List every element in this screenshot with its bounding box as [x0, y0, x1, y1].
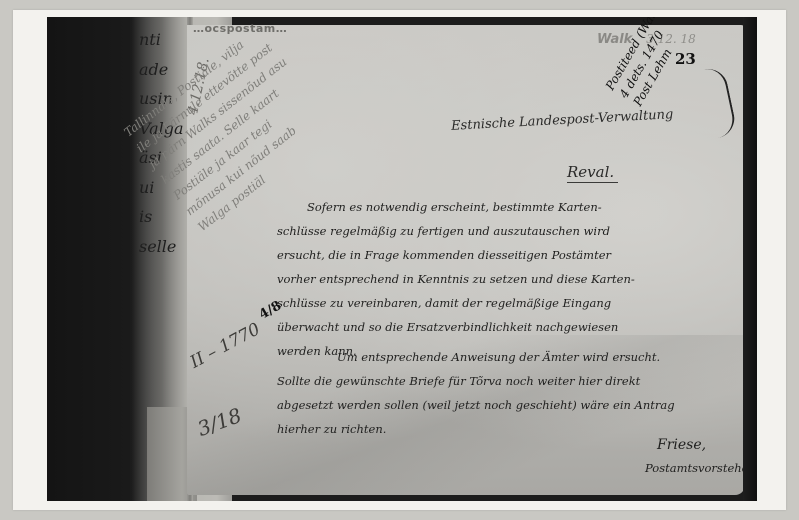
recipient-city: Reval.: [567, 163, 618, 183]
letter-body: Sofern es notwendig erscheint, bestimmte…: [277, 195, 737, 363]
body-line: Sollte die gewünschte Briefe für Tõrva n…: [277, 369, 747, 393]
signature: Friese,: [657, 437, 706, 453]
recipient-line: Estnische Landespost-Verwaltung: [451, 107, 674, 134]
body-line: ersucht, die in Frage kommenden diesseit…: [277, 243, 737, 267]
signature-title: Postamtsvorsteher: [645, 461, 754, 475]
document-photograph: nti ade usin Valga äsi ui is selle …ocsp…: [47, 17, 757, 501]
body-line: Um entsprechende Anweisung der Ämter wir…: [277, 345, 747, 369]
photo-dark-right-edge: [743, 17, 757, 501]
body-line: Sofern es notwendig erscheint, bestimmte…: [277, 195, 737, 219]
body-line: vorher entsprechend in Kenntnis zu setze…: [277, 267, 737, 291]
letter-body-second-paragraph: Um entsprechende Anweisung der Ämter wir…: [277, 345, 747, 441]
letter-sheet: …ocspostam… Walk 3.12. 18 23 4.12.18. Ta…: [187, 25, 745, 495]
body-line: überwacht und so die Ersatzverbindlichke…: [277, 315, 737, 339]
body-line: abgesetzt werden sollen (weil jetzt noch…: [277, 393, 747, 417]
body-line: schlüsse regelmäßig zu fertigen und ausz…: [277, 219, 737, 243]
body-line: schlüsse zu vereinbaren, damit der regel…: [277, 291, 737, 315]
reference-number: 23: [675, 50, 696, 68]
ink-bracket-mark: [700, 65, 738, 138]
